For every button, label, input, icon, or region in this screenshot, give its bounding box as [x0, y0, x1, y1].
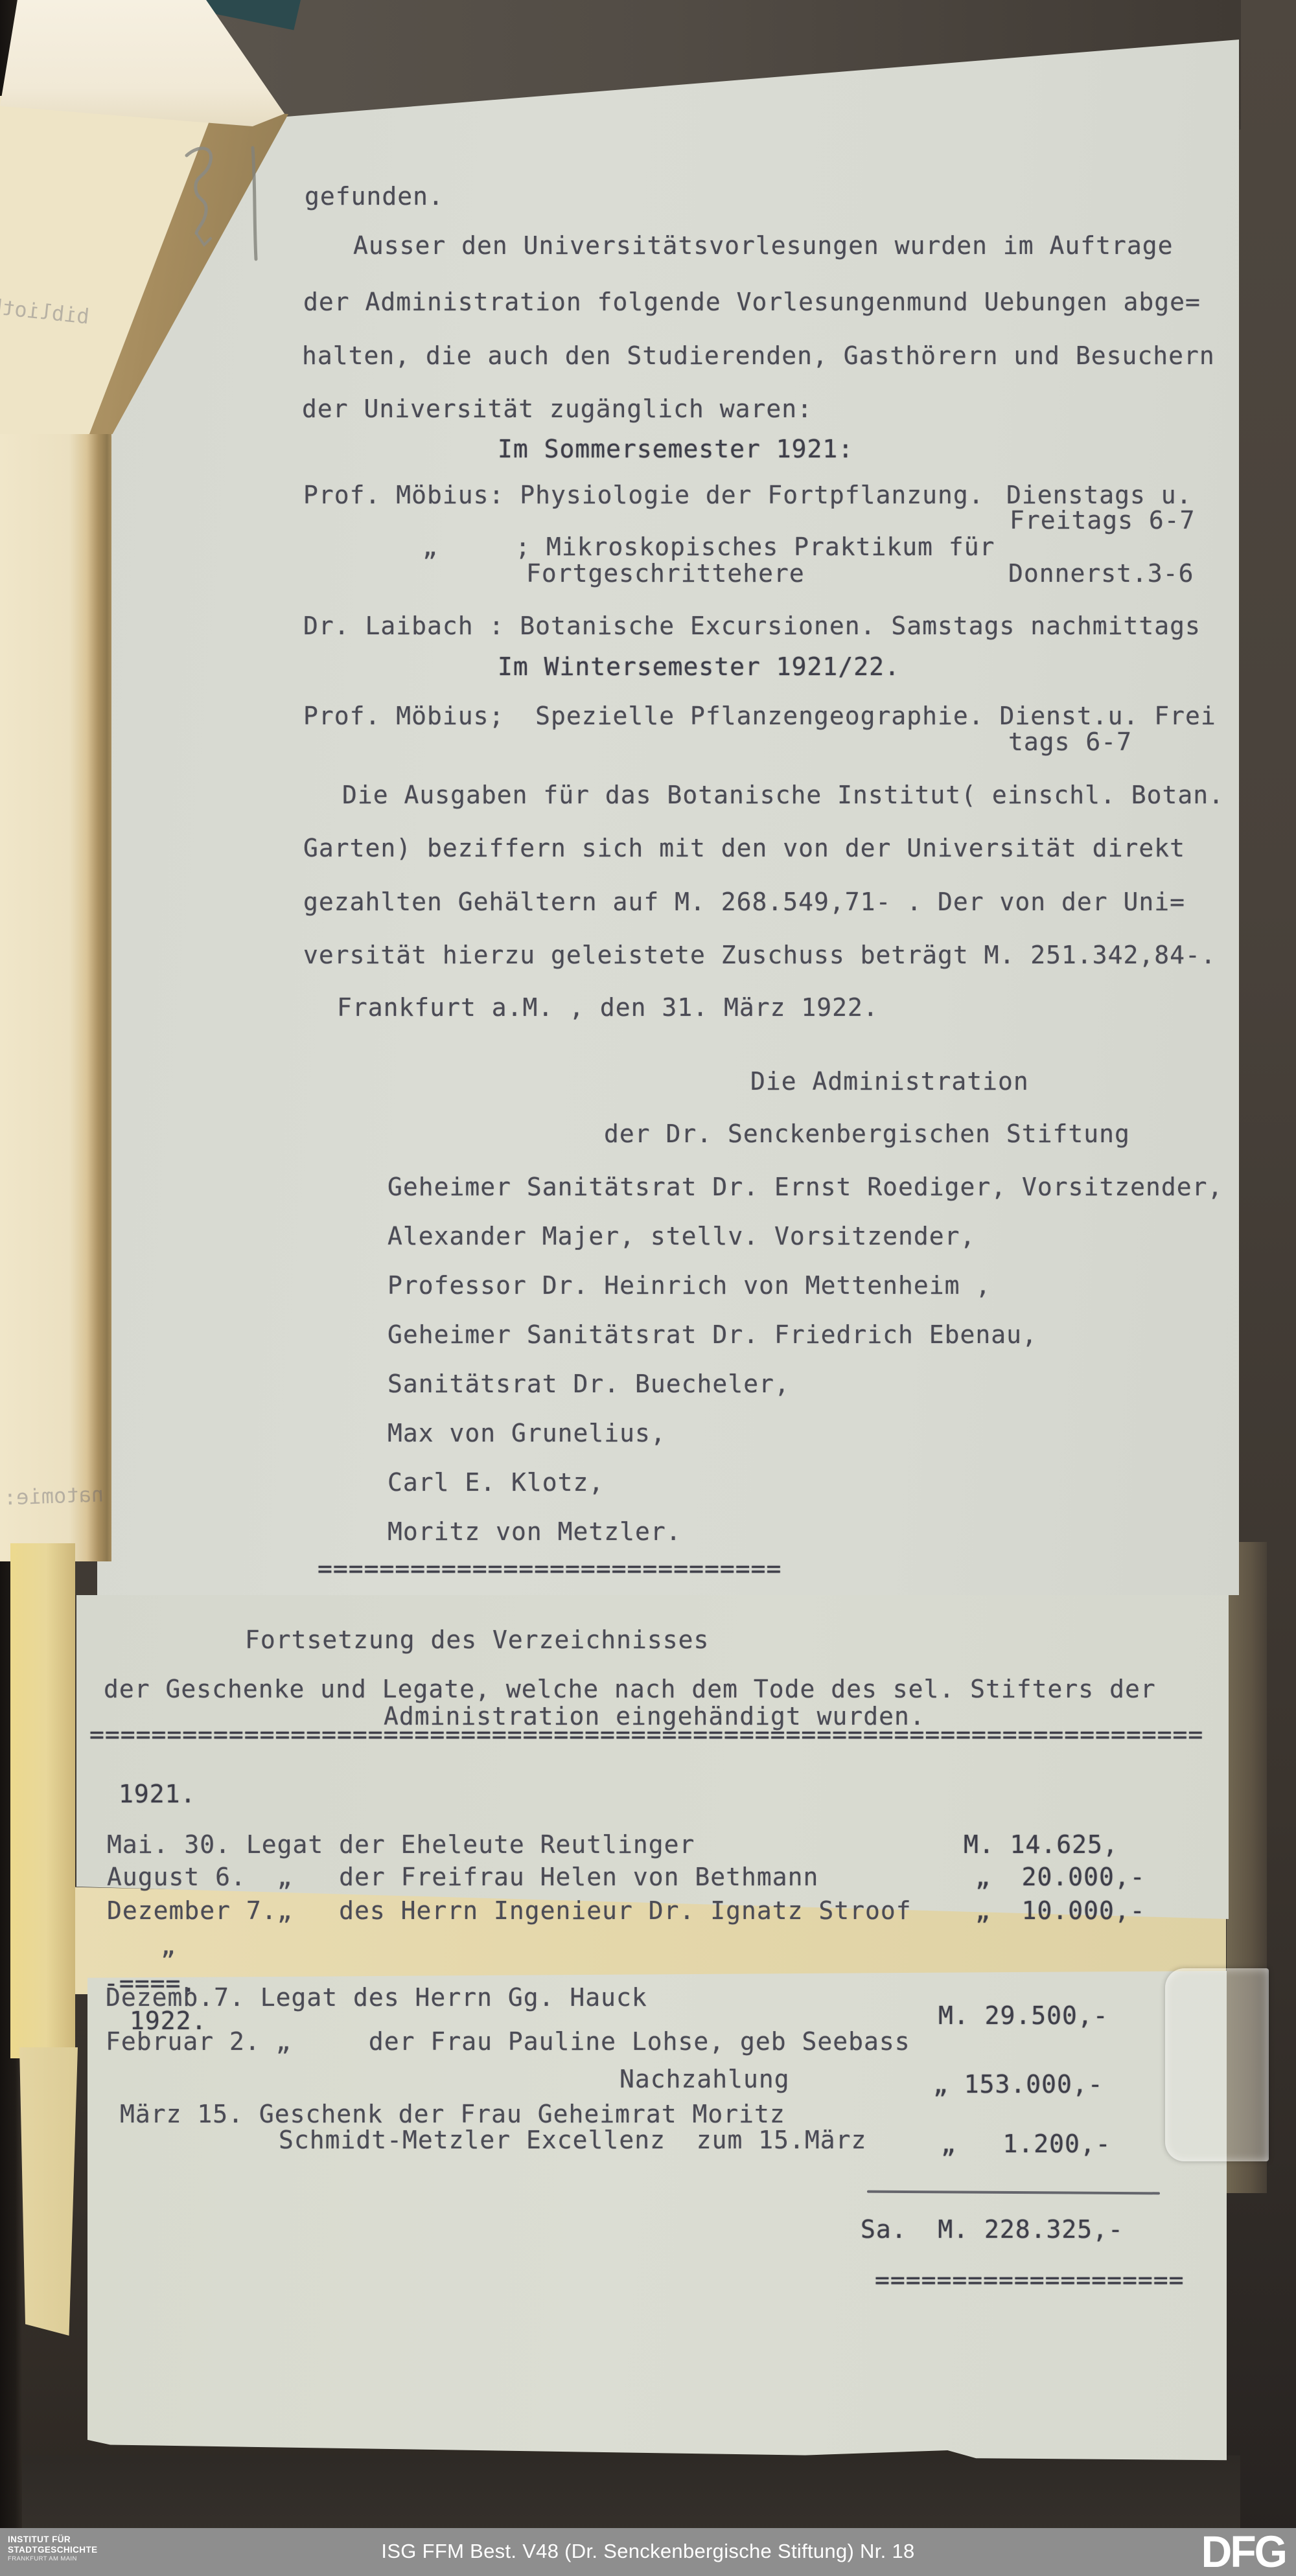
lecture-entry: „ ; Mikroskopisches Praktikum für: [422, 533, 995, 562]
typed-line: gefunden.: [305, 183, 444, 211]
annex-subtitle: der Geschenke und Legate, welche nach de…: [104, 1675, 1156, 1704]
ledger-amount: M. 14.625,: [964, 1831, 1118, 1859]
ledger-entry: Februar 2. „ der Frau Pauline Lohse, geb…: [106, 2028, 910, 2056]
signature-name: Professor Dr. Heinrich von Mettenheim ,: [388, 1272, 991, 1300]
caption-bar: INSTITUT FÜR STADTGESCHICHTE FRANKFURT A…: [0, 2528, 1296, 2576]
signature-name: Sanitätsrat Dr. Buecheler,: [388, 1370, 790, 1399]
typed-separator: ==============================: [318, 1555, 781, 1583]
signature-name: Carl E. Klotz,: [388, 1469, 604, 1497]
signature-name: Alexander Majer, stellv. Vorsitzender,: [388, 1223, 975, 1251]
ledger-entry-cont: Nachzahlung: [619, 2065, 790, 2094]
semester-heading: Im Wintersemester 1921/22.: [498, 653, 900, 682]
semester-heading: Im Sommersemester 1921:: [498, 435, 853, 464]
typed-line: halten, die auch den Studierenden, Gasth…: [302, 342, 1215, 371]
photo-backdrop-bottom: [22, 2455, 1240, 2533]
total-sum: Sa. M. 228.325,-: [861, 2216, 1124, 2244]
signature-name: Geheimer Sanitätsrat Dr. Friedrich Ebena…: [388, 1321, 1037, 1350]
mirrored-showthrough-text: natomie:: [0, 1482, 104, 1510]
pencil-marks: [168, 130, 298, 285]
yellow-page-edge: [10, 1543, 75, 2058]
lecture-time: Freitags 6-7: [1010, 507, 1196, 535]
ledger-entry: Mai. 30. Legat der Eheleute Reutlinger: [107, 1831, 695, 1859]
ledger-entry: Dezember 7.„ des Herrn Ingenieur Dr. Ign…: [107, 1897, 912, 1926]
typed-line: Die Ausgaben für das Botanische Institut…: [342, 781, 1224, 810]
signature-name: Max von Grunelius,: [388, 1420, 666, 1448]
cream-page-edge: [19, 2047, 78, 2336]
typed-line: der Administration folgende Vorlesungenm…: [303, 288, 1201, 317]
typed-line: gezahlten Gehältern auf M. 268.549,71- .…: [303, 888, 1185, 917]
ledger-entry-cont: Schmidt-Metzler Excellenz zum 15.März: [279, 2126, 866, 2155]
annex-title: Fortsetzung des Verzeichnisses: [245, 1626, 709, 1655]
ledger-entry: August 6. „ der Freifrau Helen von Bethm…: [107, 1863, 818, 1892]
typed-line: der Universität zugänglich waren:: [302, 395, 813, 424]
lecture-entry: Dr. Laibach : Botanische Excursionen. Sa…: [303, 612, 1201, 641]
dateline: Frankfurt a.M. , den 31. März 1922.: [337, 994, 879, 1022]
ledger-amount: „ 20.000,-: [975, 1863, 1146, 1892]
ledger-amount: M. 29.500,-: [938, 2002, 1109, 2030]
stray-ditto-mark: „: [161, 1932, 176, 1961]
ledger-amount: „ 10.000,-: [975, 1897, 1146, 1926]
typed-line: versität hierzu geleistete Zuschuss betr…: [303, 941, 1216, 970]
typed-rule: ====================: [875, 2266, 1185, 2295]
lecture-entry: Prof. Möbius: Physiologie der Fortpflanz…: [303, 481, 984, 510]
lecture-entry: Fortgeschrittehere: [526, 560, 805, 588]
typed-line: Ausser den Universitätsvorlesungen wurde…: [353, 232, 1174, 260]
ledger-amount: „ 1.200,-: [941, 2130, 1111, 2159]
signature-heading: der Dr. Senckenbergischen Stiftung: [604, 1120, 1130, 1149]
year-heading: 1921.: [119, 1780, 196, 1809]
lecture-entry: Prof. Möbius; Spezielle Pflanzengeograph…: [303, 702, 1216, 731]
ledger-entry: März 15. Geschenk der Frau Geheimrat Mor…: [120, 2100, 785, 2129]
typed-line: Garten) beziffern sich mit den von der U…: [303, 834, 1185, 863]
dfg-logo: DFG: [1201, 2525, 1286, 2576]
signature-heading: Die Administration: [750, 1068, 1029, 1096]
typed-rule: ========================================…: [89, 1721, 1203, 1749]
lecture-time: Donnerst.3-6: [1008, 560, 1194, 588]
ledger-amount: „ 153.000,-: [933, 2071, 1104, 2099]
archive-caption: ISG FFM Best. V48 (Dr. Senckenbergische …: [0, 2540, 1296, 2563]
signature-name: Geheimer Sanitätsrat Dr. Ernst Roediger,…: [388, 1173, 1223, 1202]
lecture-time: tags 6-7: [1008, 728, 1132, 757]
plastic-tab: [1165, 1968, 1269, 2161]
signature-name: Moritz von Metzler.: [388, 1518, 682, 1547]
